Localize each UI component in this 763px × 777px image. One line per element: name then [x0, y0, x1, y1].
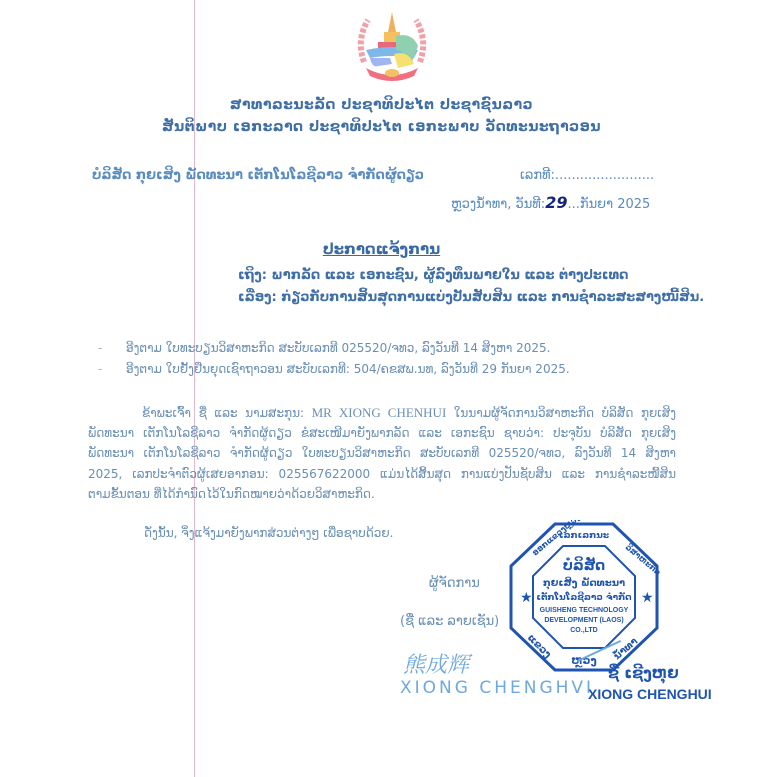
body-line: 2025, ເລກປະຈຳຕົວຜູ້ເສຍອາກອນ: 02556762200…	[88, 464, 676, 484]
body-paragraph: ຂ້າພະເຈົ້າ ຊື່ ແລະ ນາມສະກຸນ: MR XIONG CH…	[88, 403, 676, 504]
date-prefix: ຫຼວງນ້ຳທາ, ວັນທີ:	[451, 197, 545, 212]
date-suffix: ...ກັນຍາ 2025	[567, 197, 650, 212]
subject-line: ເລື່ອງ: ກ່ຽວກັບການສິ້ນສຸດການແບ່ງປັນສັບສິ…	[238, 290, 704, 305]
document-title: ປະກາດແຈ້ງການ	[0, 240, 763, 258]
document-date: ຫຼວງນ້ຳທາ, ວັນທີ:29...ກັນຍາ 2025	[451, 193, 650, 212]
svg-text:ເລກເລກນະ: ເລກເລກນະ	[559, 531, 609, 541]
handwritten-name: XIONG CHENGHVI	[400, 678, 594, 698]
company-stamp-icon: ເລກເລກນະ ອອກແຂວງຫຼວງ ວິສາຫະກິດ ★ ★ ບໍລິສ…	[505, 520, 663, 675]
national-motto-line2: ສັນຕິພາບ ເອກະລາດ ປະຊາທິປະໄຕ ເອກະພາບ ວັດທ…	[0, 119, 763, 135]
reference-text: ອີງຕາມ ໃບຢັ້ງຢືນຍຸດເຊົາຖາວອນ ສະບັບເລກທີ:…	[126, 362, 570, 376]
svg-text:★: ★	[641, 590, 654, 606]
svg-text:ກຸຍເສິງ ພັດທະນາ: ກຸຍເສິງ ພັດທະນາ	[543, 575, 625, 591]
stamped-name: XIONG CHENGHUI	[588, 686, 712, 702]
svg-text:★: ★	[520, 590, 533, 606]
body-line: ຂ້າພະເຈົ້າ ຊື່ ແລະ ນາມສະກຸນ: MR XIONG CH…	[88, 403, 676, 423]
body-line: ພັດທະນາ ເຕັກໂນໂລຊີລາວ ຈຳກັດຜູ້ດຽວ ໃບທະບຽ…	[88, 443, 676, 463]
signatory-role: ຜູ້ຈັດການ	[429, 576, 480, 591]
body-line: ພັດທະນາ ເຕັກໂນໂລຊີລາວ ຈຳກັດຜູ້ດຽວ ຂໍສະເໜ…	[88, 423, 676, 443]
reference-text: ອີງຕາມ ໃບທະບຽນວິສາຫະກິດ ສະບັບເລກທີ 02552…	[126, 341, 551, 355]
national-motto-line1: ສາທາລະນະລັດ ປະຊາທິປະໄຕ ປະຊາຊົນລາວ	[0, 97, 763, 113]
handwritten-signature: 熊成辉	[403, 648, 469, 679]
recipient-line: ເຖິງ: ພາກລັດ ແລະ ເອກະຊົນ, ຜູ້ລົງທຶນພາຍໃນ…	[238, 268, 628, 283]
closing-sentence: ດັ່ງນັ້ນ, ຈິ່ງແຈ້ງມາຍັງພາກສ່ວນຕ່າງໆ ເພື່…	[144, 526, 393, 540]
body-line: ຕາມຂັ້ນຕອນ ທີ່ໄດ້ກຳນົດໄວ້ໃນກົດໝາຍວ່າດ້ວຍ…	[88, 484, 676, 504]
list-dash: -	[98, 362, 126, 376]
body-text: ຂ້າພະເຈົ້າ ຊື່ ແລະ ນາມສະກຸນ:	[142, 406, 312, 420]
manager-name-latin: MR XIONG CHENHUI	[312, 405, 447, 420]
body-text: ໃນນາມຜູ້ຈັດການວິສາຫະກິດ ບໍລິສັດ ກຸຍເສິງ	[446, 406, 676, 420]
svg-text:GUISHENG TECHNOLOGY: GUISHENG TECHNOLOGY	[540, 607, 629, 614]
list-dash: -	[98, 341, 126, 355]
reference-number: ເລກທີ:........................	[520, 168, 654, 183]
svg-text:CO.,LTD: CO.,LTD	[570, 627, 597, 634]
reference-item: -ອີງຕາມ ໃບຢັ້ງຢືນຍຸດເຊົາຖາວອນ ສະບັບເລກທີ…	[98, 362, 570, 376]
lao-national-emblem-icon	[352, 6, 432, 86]
reference-item: -ອີງຕາມ ໃບທະບຽນວິສາຫະກິດ ສະບັບເລກທີ 0255…	[98, 341, 551, 355]
date-day-handwritten: 29	[545, 193, 567, 212]
svg-text:DEVELOPMENT (LAOS): DEVELOPMENT (LAOS)	[544, 617, 623, 624]
svg-text:ວິສາຫະກິດ: ວິສາຫະກິດ	[623, 542, 663, 578]
stamped-name-lao: ຊື ເຊີງຫຸຍ	[608, 664, 679, 682]
signature-note: (ຊື່ ແລະ ລາຍເຊັນ)	[400, 614, 499, 629]
svg-text:ເຕັກໂນໂລຊີລາວ ຈຳກັດ: ເຕັກໂນໂລຊີລາວ ຈຳກັດ	[536, 591, 631, 603]
margin-line	[194, 0, 195, 777]
svg-text:ບໍລິສັດ: ບໍລິສັດ	[563, 556, 606, 574]
company-name: ບໍລິສັດ ກຸຍເສິງ ພັດທະນາ ເຕັກໂນໂລຊີລາວ ຈຳ…	[92, 168, 424, 183]
